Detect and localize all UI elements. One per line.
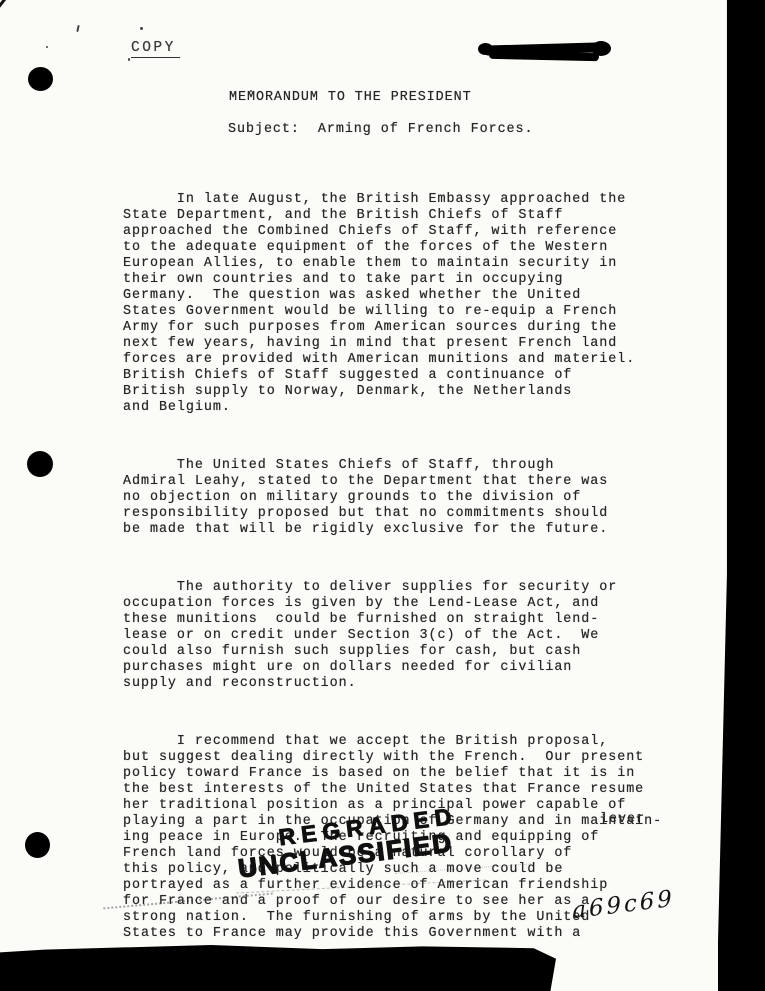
scanned-memo-page: COPY MEMORANDUM TO THE PRESIDENT Subject… xyxy=(0,0,765,991)
catchword: lever xyxy=(600,812,645,828)
memo-paragraph-3: The authority to deliver supplies for se… xyxy=(123,580,685,692)
redaction-stroke xyxy=(591,41,611,56)
redaction-stroke xyxy=(478,43,493,55)
corner-pen-tick xyxy=(0,0,7,16)
scanner-edge-right xyxy=(718,0,765,991)
redaction-mark xyxy=(481,40,607,64)
scan-speck xyxy=(140,27,143,30)
hole-punch-bottom xyxy=(25,832,50,858)
scanner-edge-bottom xyxy=(0,945,556,991)
hole-punch-top xyxy=(28,67,53,91)
scan-speck xyxy=(46,46,48,48)
memo-title: MEMORANDUM TO THE PRESIDENT xyxy=(229,90,472,106)
hole-punch-middle xyxy=(27,451,53,477)
copy-marking: COPY xyxy=(131,40,180,58)
scan-speck xyxy=(76,25,79,32)
memo-paragraph-2: The United States Chiefs of Staff, throu… xyxy=(123,458,685,538)
redaction-stroke xyxy=(489,51,599,61)
memo-paragraph-1: In late August, the British Embassy appr… xyxy=(123,192,685,416)
scan-speck xyxy=(128,58,130,61)
subject-line: Subject: Arming of French Forces. xyxy=(228,122,534,138)
